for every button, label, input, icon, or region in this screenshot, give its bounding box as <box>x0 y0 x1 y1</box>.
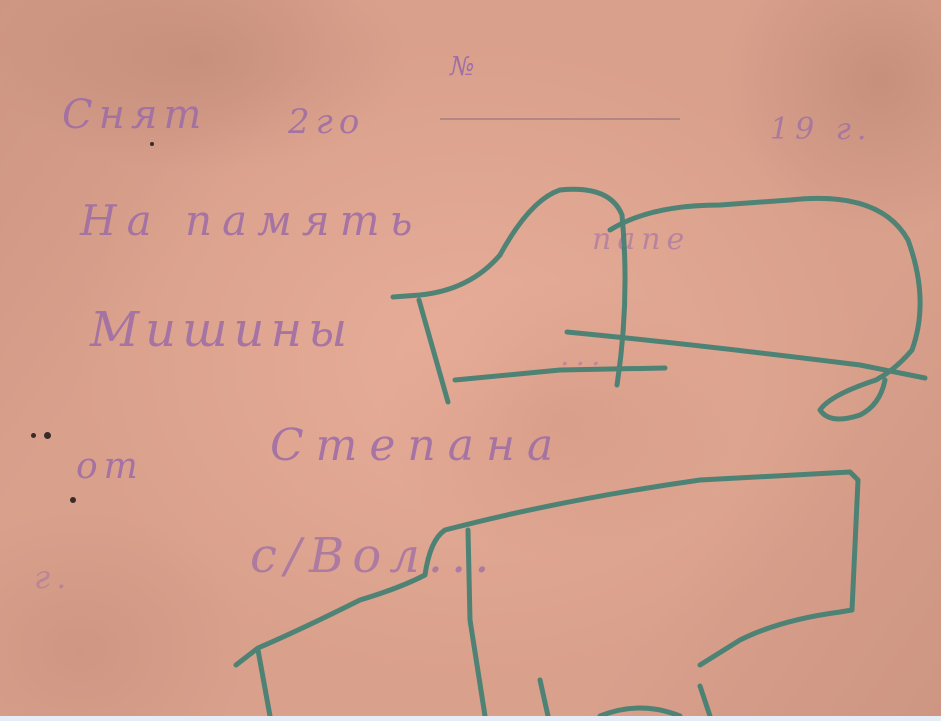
pencil-scribble-drawing <box>0 0 941 716</box>
photo-card-back: № Снят 2го 19 г. На память папе Мишины .… <box>0 0 941 716</box>
scan-edge <box>0 716 941 721</box>
